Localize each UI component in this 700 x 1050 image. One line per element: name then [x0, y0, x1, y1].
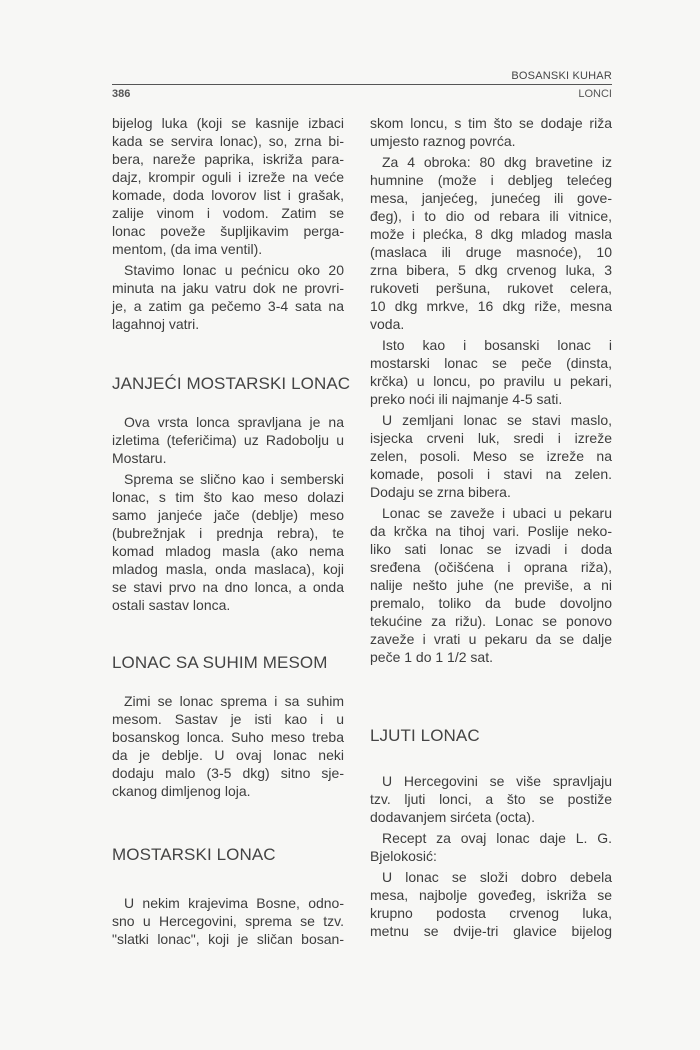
text-line: nalije nešto juhe (ne previše, a ni — [370, 576, 612, 594]
text-line: Lonac se zaveže i ubaci u pekaru — [370, 504, 612, 522]
section-heading: LONAC SA SUHIM MESOM — [112, 653, 327, 673]
text-line: tekućine za rižu). Lonac se ponovo — [370, 612, 612, 630]
text-line: sno u Hercegovini, sprema se tzv. — [112, 912, 344, 930]
text-line: dodaju malo (3-5 dkg) sitno sje- — [112, 764, 344, 782]
text-line: bera, nareže paprika, iskriža para- — [112, 150, 344, 168]
text-line: zelen, posoli. Meso se izreže na — [370, 447, 612, 465]
text-line: dodavanjem sirćeta (octa). — [370, 808, 612, 826]
text-line: komade, posoli i stavi na zelen. — [370, 465, 612, 483]
text-line: U zemljani lonac se stavi maslo, — [370, 411, 612, 429]
text-line: Bjelokosić: — [370, 847, 612, 865]
header-rule — [112, 84, 612, 85]
section-heading: LJUTI LONAC — [370, 726, 480, 746]
text-line: humnine (može i debljeg telećeg — [370, 171, 612, 189]
text-line: đeg), i to dio od rebara ili vitnice, — [370, 207, 612, 225]
page-number: 386 — [112, 88, 130, 100]
text-line: Zimi se lonac sprema i sa suhim — [112, 692, 344, 710]
text-line: mladog masla, onda maslaca), koji — [112, 560, 344, 578]
text-line: da krčka na tihoj vari. Poslije neko- — [370, 522, 612, 540]
book-title: BOSANSKI KUHAR — [511, 70, 612, 82]
text-line: lonac poveže šupljikavim perga- — [112, 222, 344, 240]
text-line: može i plećka, 8 dkg mladog masla — [370, 225, 612, 243]
text-line: U nekim krajevima Bosne, odno- — [112, 894, 344, 912]
text-line: mesom. Sastav je isti kao i u — [112, 710, 344, 728]
text-line: liko sati lonac se izvadi i doda — [370, 540, 612, 558]
text-line: ckanog dimljenog loja. — [112, 782, 344, 800]
text-line: Ova vrsta lonca spravljana je na — [112, 413, 344, 431]
text-line: mesa, janjećeg, junećeg ili gove- — [370, 189, 612, 207]
section-heading: JANJEĆI MOSTARSKI LONAC — [112, 374, 350, 394]
text-line: ostali sastav lonca. — [112, 596, 344, 614]
book-page: BOSANSKI KUHAR 386 LONCI bijelog luka (k… — [0, 0, 700, 1050]
text-line: Isto kao i bosanski lonac i — [370, 336, 612, 354]
text-line: zrna bibera, 5 dkg crvenog luka, 3 — [370, 261, 612, 279]
text-line: Mostaru. — [112, 449, 344, 467]
text-line: U lonac se složi dobro debela — [370, 868, 612, 886]
section-heading: MOSTARSKI LONAC — [112, 845, 276, 865]
text-line: "slatki lonac", koji je sličan bosan- — [112, 930, 344, 948]
text-line: se stavi prvo na dno lonca, a onda — [112, 578, 344, 596]
text-line: izletima (teferičima) uz Radobolju u — [112, 431, 344, 449]
text-line: komade, doda lovorov list i grašak, — [112, 186, 344, 204]
text-line: isjecka crveni luk, sredi i izreže — [370, 429, 612, 447]
text-line: preko noći ili najmanje 4-5 sati. — [370, 390, 612, 408]
text-line: metnu se dvije-tri glavice bijelog — [370, 922, 612, 940]
text-line: minuta na jaku vatru dok ne provri- — [112, 279, 344, 297]
text-line: zalije vinom i vodom. Zatim se — [112, 204, 344, 222]
text-line: samo janjeće jače (deblje) meso — [112, 506, 344, 524]
text-line: Dodaju se zrna bibera. — [370, 483, 612, 501]
text-line: voda. — [370, 315, 612, 333]
text-line: sređena (očišćena i oprana riža), — [370, 558, 612, 576]
text-line: skom loncu, s tim što se dodaje riža — [370, 114, 612, 132]
text-line: U Hercegovini se više spravljaju — [370, 772, 612, 790]
text-line: bijelog luka (koji se kasnije izbaci — [112, 114, 344, 132]
text-line: mostarski lonac se peče (dinsta, — [370, 354, 612, 372]
text-line: Recept za ovaj lonac daje L. G. — [370, 829, 612, 847]
text-line: kada se servira lonac), so, zrna bi- — [112, 132, 344, 150]
text-line: lonac, s tim što kao meso dolazi — [112, 488, 344, 506]
text-line: Sprema se slično kao i semberski — [112, 470, 344, 488]
text-line: (maslaca ili druge masnoće), 10 — [370, 243, 612, 261]
text-line: krčka) u loncu, po pravilu u pekari, — [370, 372, 612, 390]
section-name: LONCI — [578, 88, 612, 100]
text-line: bosanskog lonca. Suho meso treba — [112, 728, 344, 746]
text-line: premalo, toliko da bude dovoljno — [370, 594, 612, 612]
text-line: peče 1 do 1 1/2 sat. — [370, 648, 612, 666]
text-line: tzv. ljuti lonci, a što se postiže — [370, 790, 612, 808]
text-line: je, a zatim ga pečemo 3-4 sata na — [112, 297, 344, 315]
text-line: krupno podosta crvenog luka, — [370, 904, 612, 922]
text-line: umjesto raznog povrća. — [370, 132, 612, 150]
text-line: rukoveti peršuna, rukovet celera, — [370, 279, 612, 297]
text-line: dajz, krompir oguli i izreže na veće — [112, 168, 344, 186]
text-line: 10 dkg mrkve, 16 dkg riže, mesna — [370, 297, 612, 315]
text-line: mesa, najbolje goveđeg, iskriža se — [370, 886, 612, 904]
text-line: Za 4 obroka: 80 dkg bravetine iz — [370, 153, 612, 171]
text-line: Stavimo lonac u pećnicu oko 20 — [112, 261, 344, 279]
text-line: (bubrežnjak i prednja rebra), te — [112, 524, 344, 542]
text-line: zaveže i vrati u pekaru da se dalje — [370, 630, 612, 648]
text-line: komad mladog masla (ako nema — [112, 542, 344, 560]
text-line: mentom, (da ima ventil). — [112, 240, 344, 258]
text-line: da je deblje. U ovaj lonac neki — [112, 746, 344, 764]
text-line: lagahnoj vatri. — [112, 315, 344, 333]
